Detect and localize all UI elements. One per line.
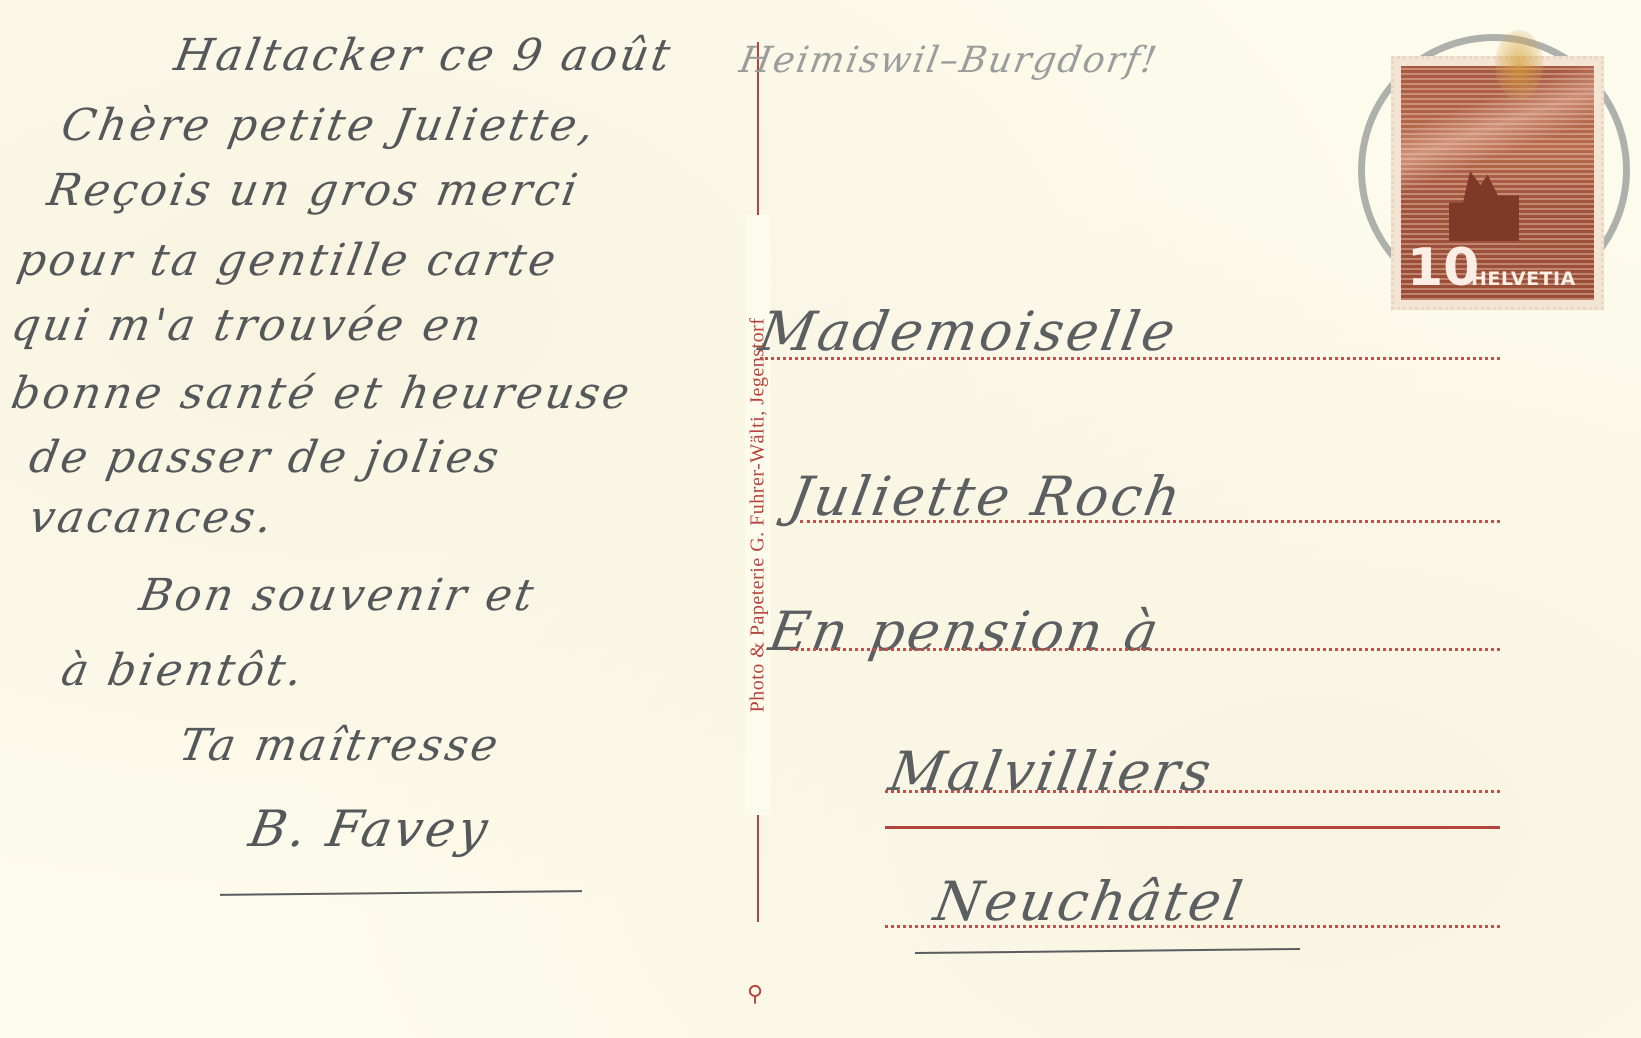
message-line-closing: à bientôt.: [58, 645, 310, 696]
message-line: pour ta gentille carte: [14, 235, 563, 286]
message-line-sender-title: Ta maîtresse: [176, 720, 505, 771]
message-line: Reçois un gros merci: [44, 165, 584, 216]
publisher-mark-icon: ⚲: [747, 982, 763, 1007]
signature: B. Favey: [245, 800, 495, 858]
address-line-town: Malvilliers: [884, 740, 1218, 803]
address-dotted-line-4: [885, 790, 1500, 793]
message-line: de passer de jolies: [26, 432, 506, 483]
stamp-mountains: [1401, 66, 1594, 206]
message-line: bonne santé et heureuse: [8, 368, 637, 419]
message-line-date: Haltacker ce 9 août: [171, 30, 677, 81]
message-line: qui m'a trouvée en: [8, 300, 488, 351]
address-solid-rule: [885, 826, 1500, 829]
message-line-closing: Bon souvenir et: [136, 570, 541, 621]
stamp-image: 10 HELVETIA: [1401, 66, 1594, 300]
address-dotted-line-3: [790, 648, 1500, 651]
postage-stamp: 10 HELVETIA: [1391, 56, 1604, 310]
address-dotted-line-5: [885, 925, 1500, 928]
pencil-note: Heimiswil–Burgdorf!: [736, 40, 1161, 81]
stamp-stain: [1495, 30, 1543, 100]
stamp-value: 10: [1407, 242, 1479, 294]
address-line-salutation: Mademoiselle: [754, 300, 1182, 363]
message-line-salutation: Chère petite Juliette,: [58, 100, 601, 151]
message-line: vacances.: [26, 492, 280, 543]
address-dotted-line-1: [760, 357, 1500, 360]
address-line-care-of: En pension à: [764, 600, 1165, 663]
stamp-country: HELVETIA: [1471, 268, 1576, 290]
canton-underline: [915, 948, 1300, 954]
address-line-name: Juliette Roch: [784, 465, 1188, 528]
postcard-back: Haltacker ce 9 août Chère petite Juliett…: [0, 0, 1641, 1038]
address-line-canton: Neuchâtel: [929, 870, 1249, 933]
address-dotted-line-2: [800, 520, 1500, 523]
signature-underline: [220, 890, 582, 896]
